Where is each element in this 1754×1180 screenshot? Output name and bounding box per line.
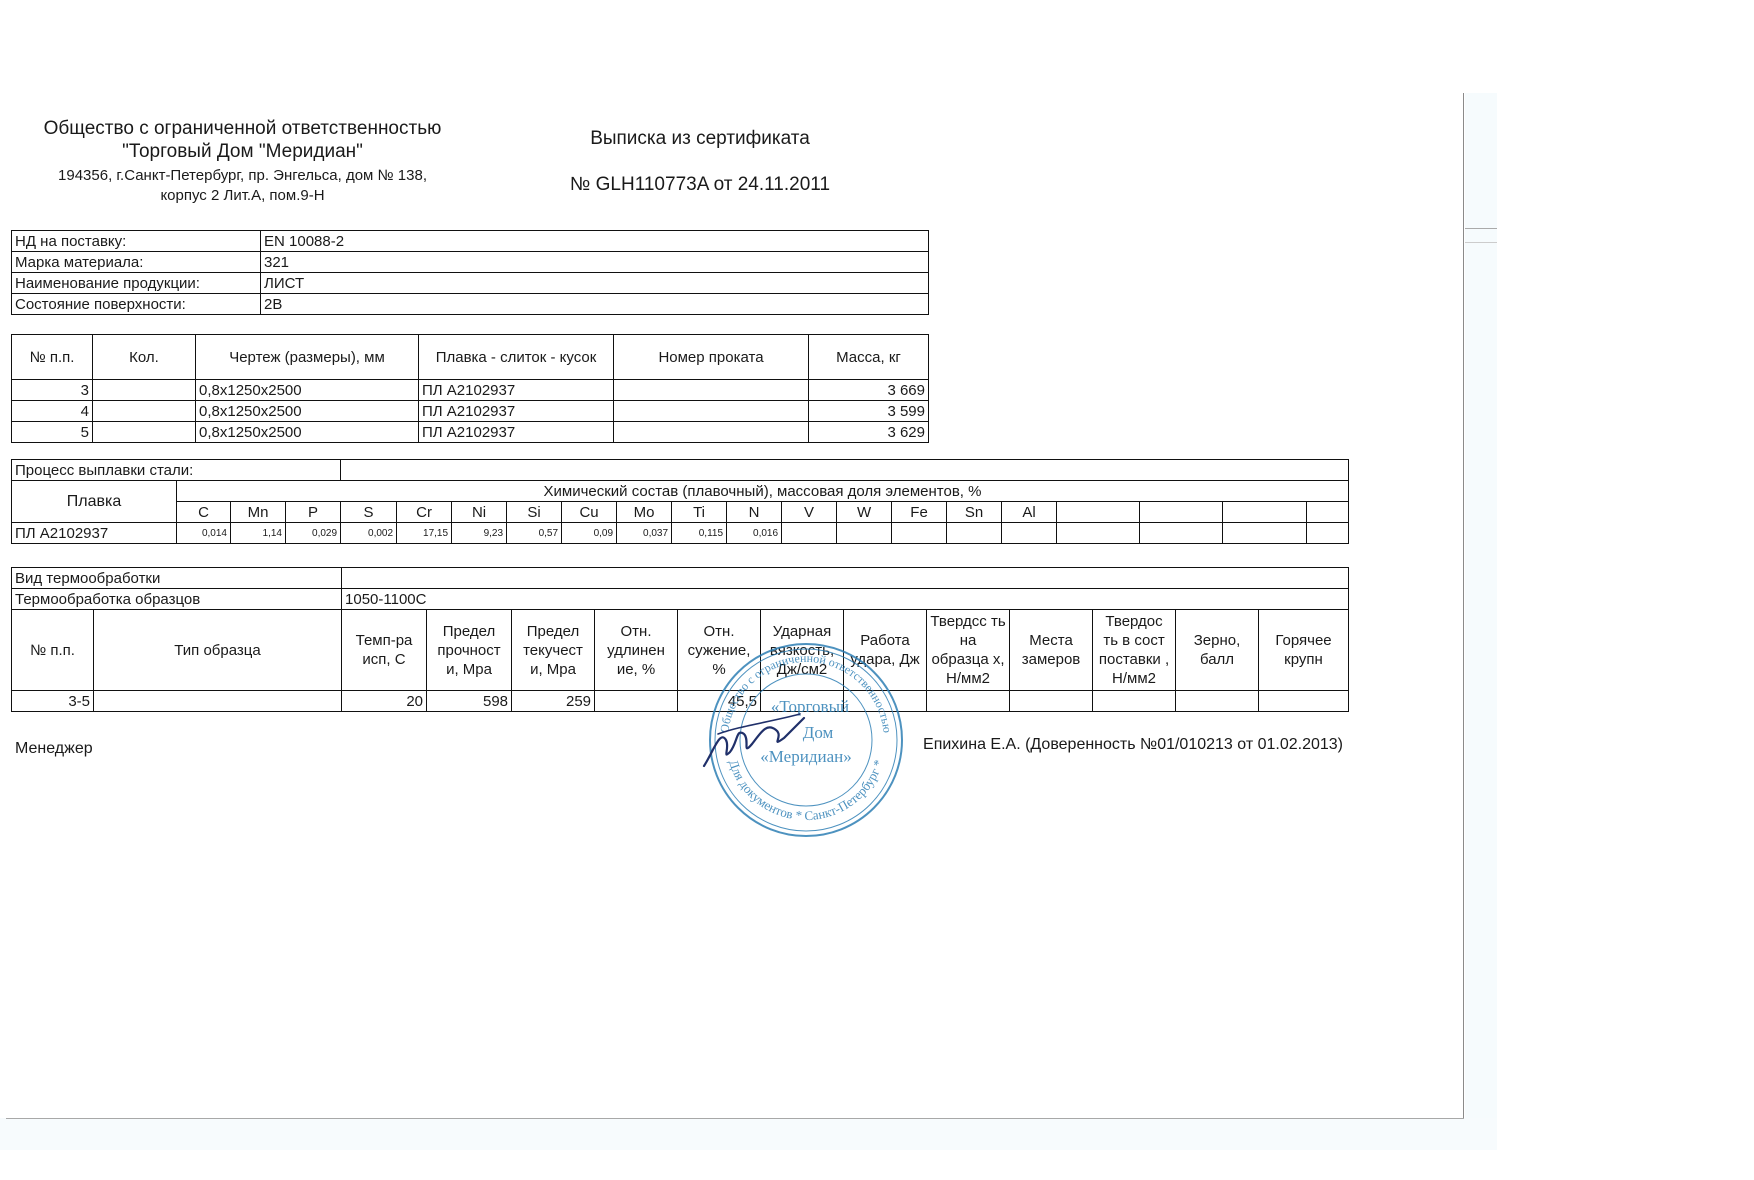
- table-row: 50,8x1250x2500ПЛ A21029373 629: [12, 422, 929, 443]
- element-header: Mo: [617, 502, 672, 523]
- element-header: Cr: [397, 502, 452, 523]
- item-quantity: [93, 380, 196, 401]
- element-header: [1140, 502, 1223, 523]
- property-row: НД на поставку:EN 10088-2: [12, 231, 929, 252]
- scan-background-bottom: [0, 1118, 1497, 1150]
- item-heat: ПЛ A2102937: [419, 422, 614, 443]
- item-mass: 3 669: [809, 380, 929, 401]
- element-value: [1002, 523, 1057, 544]
- element-header: [1223, 502, 1307, 523]
- heat-treatment-type-row: Вид термообработки: [12, 568, 1349, 589]
- item-number: 4: [12, 401, 93, 422]
- column-header: Предел прочност и, Мра: [427, 610, 512, 691]
- property-label: Состояние поверхности:: [12, 294, 261, 315]
- mechanical-value: 3-5: [12, 691, 94, 712]
- signer-text: Епихина Е.А. (Доверенность №01/010213 от…: [923, 736, 1343, 754]
- element-header: Sn: [947, 502, 1002, 523]
- element-value: 9,23: [452, 523, 507, 544]
- column-header: Номер проката: [614, 335, 809, 380]
- product-properties-table: НД на поставку:EN 10088-2Марка материала…: [11, 230, 929, 315]
- process-value: [341, 460, 1349, 481]
- property-label: Марка материала:: [12, 252, 261, 273]
- company-address-line2: корпус 2 Лит.А, пом.9-Н: [10, 186, 475, 206]
- element-value: 17,15: [397, 523, 452, 544]
- page-edge-bottom: [6, 1118, 1464, 1119]
- heat-number: ПЛ A2102937: [12, 523, 177, 544]
- mechanical-value: [1093, 691, 1176, 712]
- page-edge-tick: [1465, 242, 1497, 243]
- certificate-title: Выписка из сертификата: [520, 126, 880, 152]
- mechanical-value: 598: [427, 691, 512, 712]
- column-header: Отн. сужение, %: [678, 610, 761, 691]
- element-value: [782, 523, 837, 544]
- item-heat: ПЛ A2102937: [419, 401, 614, 422]
- column-header: Отн. удлинен ие, %: [595, 610, 678, 691]
- item-quantity: [93, 422, 196, 443]
- element-value: [837, 523, 892, 544]
- table-row: 3-52059825945,5: [12, 691, 1349, 712]
- column-header: Твердос ть в сост поставки , Н/мм2: [1093, 610, 1176, 691]
- svg-text:Дом: Дом: [803, 723, 834, 742]
- column-header: Работа удара, Дж: [844, 610, 927, 691]
- mechanical-value: [844, 691, 927, 712]
- element-header: Ni: [452, 502, 507, 523]
- mechanical-properties-table: Вид термообработкиТермообработка образцо…: [11, 567, 1349, 712]
- column-header: Плавка - слиток - кусок: [419, 335, 614, 380]
- mechanical-value: [927, 691, 1010, 712]
- mechanical-value: [595, 691, 678, 712]
- item-roll-number: [614, 401, 809, 422]
- element-value: 0,09: [562, 523, 617, 544]
- process-row: Процесс выплавки стали:: [12, 460, 1349, 481]
- property-label: НД на поставку:: [12, 231, 261, 252]
- element-value: 1,14: [231, 523, 286, 544]
- element-value: [1307, 523, 1349, 544]
- scan-background: [1465, 93, 1497, 1150]
- property-value: ЛИСТ: [261, 273, 929, 294]
- element-value: [1223, 523, 1307, 544]
- column-header: № п.п.: [12, 610, 94, 691]
- element-header-row: CMnPSCrNiSiCuMoTiNVWFeSnAl: [12, 502, 1349, 523]
- mechanical-value: 259: [512, 691, 595, 712]
- column-header: Твердсс ть на образца х, Н/мм2: [927, 610, 1010, 691]
- chemical-composition-table: Процесс выплавки стали:ПлавкаХимический …: [11, 459, 1349, 544]
- certificate-number: № GLH110773A от 24.11.2011: [520, 172, 880, 198]
- element-value: 0,002: [341, 523, 397, 544]
- item-roll-number: [614, 422, 809, 443]
- property-label: Наименование продукции:: [12, 273, 261, 294]
- items-header-row: № п.п.Кол.Чертеж (размеры), ммПлавка - с…: [12, 335, 929, 380]
- svg-text:«Меридиан»: «Меридиан»: [760, 747, 851, 766]
- sample-treatment-label: Термообработка образцов: [12, 589, 342, 610]
- item-number: 3: [12, 380, 93, 401]
- mechanical-header-row: № п.п.Тип образцаТемп-ра исп, СПредел пр…: [12, 610, 1349, 691]
- heat-header: Плавка: [12, 481, 177, 523]
- company-header: Общество с ограниченной ответственностью…: [10, 118, 475, 206]
- item-number: 5: [12, 422, 93, 443]
- mechanical-value: [1259, 691, 1349, 712]
- element-header: Si: [507, 502, 562, 523]
- element-value: 0,029: [286, 523, 341, 544]
- mechanical-value: [1176, 691, 1259, 712]
- item-mass: 3 599: [809, 401, 929, 422]
- column-header: Тип образца: [94, 610, 342, 691]
- column-header: Зерно, балл: [1176, 610, 1259, 691]
- mechanical-value: [94, 691, 342, 712]
- element-value: [892, 523, 947, 544]
- page-edge-tick: [1465, 228, 1497, 229]
- manager-label: Менеджер: [15, 740, 93, 758]
- company-name-line2: "Торговый Дом "Меридиан": [10, 140, 475, 164]
- element-header: Ti: [672, 502, 727, 523]
- column-header: Чертеж (размеры), мм: [196, 335, 419, 380]
- mechanical-value: [1010, 691, 1093, 712]
- element-header: Al: [1002, 502, 1057, 523]
- page-edge-right: [1463, 93, 1464, 1119]
- table-row: ПЛ A21029370,0141,140,0290,00217,159,230…: [12, 523, 1349, 544]
- mechanical-value: 20: [342, 691, 427, 712]
- column-header: Кол.: [93, 335, 196, 380]
- element-header: Fe: [892, 502, 947, 523]
- column-header: № п.п.: [12, 335, 93, 380]
- element-value: 0,014: [177, 523, 231, 544]
- sample-treatment-row: Термообработка образцов1050-1100C: [12, 589, 1349, 610]
- certificate-header: Выписка из сертификата № GLH110773A от 2…: [520, 126, 880, 198]
- column-header: Горячее крупн: [1259, 610, 1349, 691]
- element-header: Cu: [562, 502, 617, 523]
- items-table: № п.п.Кол.Чертеж (размеры), ммПлавка - с…: [11, 334, 929, 443]
- item-roll-number: [614, 380, 809, 401]
- item-mass: 3 629: [809, 422, 929, 443]
- element-header: V: [782, 502, 837, 523]
- element-value: 0,115: [672, 523, 727, 544]
- svg-text:Для документов * Санкт-Петербу: Для документов * Санкт-Петербург *: [726, 758, 886, 823]
- column-header: Ударная вязкость, Дж/см2: [761, 610, 844, 691]
- element-header: [1307, 502, 1349, 523]
- item-size: 0,8x1250x2500: [196, 401, 419, 422]
- table-row: 40,8x1250x2500ПЛ A21029373 599: [12, 401, 929, 422]
- element-value: [1140, 523, 1223, 544]
- property-value: 321: [261, 252, 929, 273]
- process-label: Процесс выплавки стали:: [12, 460, 341, 481]
- heat-treatment-type-value: [342, 568, 1349, 589]
- item-size: 0,8x1250x2500: [196, 422, 419, 443]
- item-heat: ПЛ A2102937: [419, 380, 614, 401]
- heat-treatment-type-label: Вид термообработки: [12, 568, 342, 589]
- property-value: 2B: [261, 294, 929, 315]
- element-header: N: [727, 502, 782, 523]
- element-header: P: [286, 502, 341, 523]
- column-header: Масса, кг: [809, 335, 929, 380]
- property-row: Состояние поверхности:2B: [12, 294, 929, 315]
- element-value: [1057, 523, 1140, 544]
- company-name-line1: Общество с ограниченной ответственностью: [10, 118, 475, 140]
- element-header: C: [177, 502, 231, 523]
- element-value: 0,016: [727, 523, 782, 544]
- column-header: Предел текучест и, Мра: [512, 610, 595, 691]
- table-row: 30,8x1250x2500ПЛ A21029373 669: [12, 380, 929, 401]
- element-header: Mn: [231, 502, 286, 523]
- property-row: Марка материала:321: [12, 252, 929, 273]
- element-value: 0,037: [617, 523, 672, 544]
- property-value: EN 10088-2: [261, 231, 929, 252]
- mechanical-value: [761, 691, 844, 712]
- element-value: 0,57: [507, 523, 562, 544]
- property-row: Наименование продукции:ЛИСТ: [12, 273, 929, 294]
- sample-treatment-value: 1050-1100C: [342, 589, 1349, 610]
- item-quantity: [93, 401, 196, 422]
- composition-title: Химический состав (плавочный), массовая …: [177, 481, 1349, 502]
- item-size: 0,8x1250x2500: [196, 380, 419, 401]
- mechanical-value: 45,5: [678, 691, 761, 712]
- company-address-line1: 194356, г.Санкт-Петербург, пр. Энгельса,…: [10, 166, 475, 186]
- element-value: [947, 523, 1002, 544]
- column-header: Места замеров: [1010, 610, 1093, 691]
- element-header: [1057, 502, 1140, 523]
- element-header: S: [341, 502, 397, 523]
- composition-title-row: ПлавкаХимический состав (плавочный), мас…: [12, 481, 1349, 502]
- element-header: W: [837, 502, 892, 523]
- column-header: Темп-ра исп, С: [342, 610, 427, 691]
